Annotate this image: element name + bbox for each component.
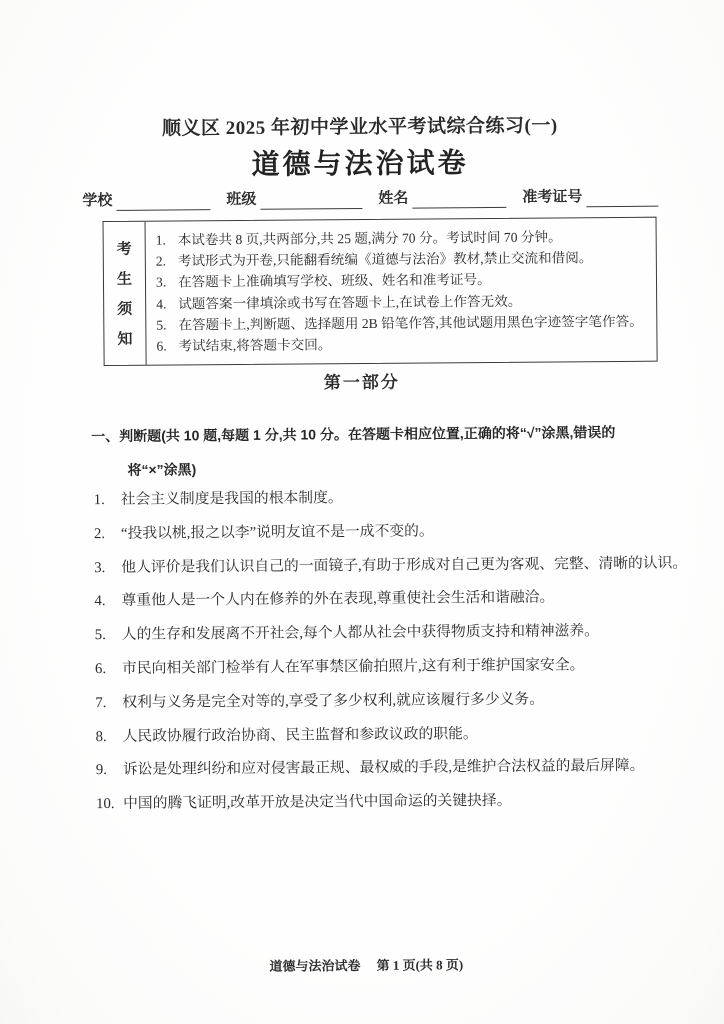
question-text: 人民政协履行政治协商、民主监督和参政议政的职能。 [122, 724, 477, 748]
candidate-notice-list: 1. 本试卷共 8 页,共两部分,共 25 题,满分 70 分。考试时间 70 … [146, 218, 657, 365]
question-number: 8. [95, 726, 122, 747]
notice-item-number: 4. [156, 293, 178, 314]
notice-item-text: 考试结束,将答题卡交回。 [178, 334, 331, 356]
true-false-section-heading: 一、判断题(共 10 题,每题 1 分,共 10 分。在答题卡相应位置,正确的将… [91, 421, 691, 481]
page-content: 顺义区 2025 年初中学业水平考试综合练习(一) 道德与法治试卷 学校 班级 … [0, 0, 724, 1024]
question-text: 诉讼是处理纠纷和应对侵害最正规、最权威的手段,是维护合法权益的最后屏障。 [123, 756, 645, 781]
class-field: 班级 [226, 187, 362, 210]
question-item-2: 2. “投我以桃,报之以李”说明友谊不是一成不变的。 [94, 519, 714, 545]
question-item-4: 4. 尊重他人是一个人内在修养的外在表现,尊重使社会生活和谐融洽。 [94, 587, 714, 613]
notice-item-number: 6. [156, 335, 178, 356]
question-item-7: 7. 权利与义务是完全对等的,享受了多少权利,就应该履行多少义务。 [95, 688, 715, 714]
exam-paper-title: 道德与法治试卷 [0, 139, 722, 185]
true-false-question-list: 1. 社会主义制度是我国的根本制度。 2. “投我以桃,报之以李”说明友谊不是一… [94, 485, 717, 828]
school-field: 学校 [82, 188, 210, 211]
notice-item-number: 3. [156, 272, 178, 293]
question-text: 市民向相关部门检举有人在军事禁区偷拍照片,这有利于维护国家安全。 [122, 655, 585, 680]
question-number: 9. [96, 760, 123, 781]
question-text: 他人评价是我们认识自己的一面镜子,有助于形成对自己更为客观、完整、清晰的认识。 [121, 553, 687, 578]
admission-number-label: 准考证号 [522, 185, 582, 207]
footer-page-info: 第 1 页(共 8 页) [376, 957, 463, 973]
section-heading-line1: 一、判断题(共 10 题,每题 1 分,共 10 分。在答题卡相应位置,正确的将… [91, 421, 691, 447]
school-blank-line [116, 193, 210, 211]
school-label: 学校 [82, 189, 112, 211]
name-label: 姓名 [378, 187, 408, 209]
question-number: 3. [94, 557, 121, 578]
question-item-1: 1. 社会主义制度是我国的根本制度。 [94, 485, 714, 511]
notice-char: 考 [117, 238, 132, 259]
scanned-exam-page: 顺义区 2025 年初中学业水平考试综合练习(一) 道德与法治试卷 学校 班级 … [0, 0, 724, 1024]
question-text: 社会主义制度是我国的根本制度。 [121, 488, 343, 511]
notice-item-number: 5. [156, 314, 178, 335]
candidate-notice-side-label: 考 生 须 知 [104, 222, 147, 366]
question-item-6: 6. 市民向相关部门检举有人在军事禁区偷拍照片,这有利于维护国家安全。 [95, 654, 715, 680]
notice-item-text: 本试卷共 8 页,共两部分,共 25 题,满分 70 分。考试时间 70 分钟。 [178, 226, 562, 250]
exam-session-title: 顺义区 2025 年初中学业水平考试综合练习(一) [0, 109, 722, 142]
notice-char: 生 [117, 268, 132, 289]
question-item-5: 5. 人的生存和发展离不开社会,每个人都从社会中获得物质支持和精神滋养。 [95, 620, 715, 646]
question-number: 1. [94, 490, 121, 511]
question-text: 人的生存和发展离不开社会,每个人都从社会中获得物质支持和精神滋养。 [122, 621, 599, 646]
question-number: 2. [94, 524, 121, 545]
section-heading-line2: 将“×”涂黑) [127, 455, 691, 480]
question-text: 尊重他人是一个人内在修养的外在表现,尊重使社会生活和谐融洽。 [121, 588, 554, 612]
question-item-10: 10. 中国的腾飞证明,改革开放是决定当代中国命运的关键抉择。 [96, 789, 716, 815]
page-footer: 道德与法治试卷第 1 页(共 8 页) [4, 952, 724, 977]
name-field: 姓名 [378, 186, 506, 209]
student-info-row: 学校 班级 姓名 准考证号 [82, 185, 658, 212]
question-item-9: 9. 诉讼是处理纠纷和应对侵害最正规、最权威的手段,是维护合法权益的最后屏障。 [96, 756, 716, 782]
notice-item: 5. 在答题卡上,判断题、选择题用 2B 铅笔作答,其他试题用黑色字迹签字笔作答… [156, 311, 650, 336]
question-text: 中国的腾飞证明,改革开放是决定当代中国命运的关键抉择。 [123, 791, 512, 815]
part-one-title: 第一部分 [0, 365, 724, 396]
admission-number-field: 准考证号 [522, 185, 658, 208]
question-text: “投我以桃,报之以李”说明友谊不是一成不变的。 [121, 521, 434, 544]
notice-item-number: 2. [156, 251, 178, 272]
notice-item: 6. 考试结束,将答题卡交回。 [156, 332, 650, 357]
question-number: 5. [95, 625, 122, 646]
name-blank-line [412, 191, 506, 209]
notice-item: 2. 考试形式为开卷,只能翻看统编《道德与法治》教材,禁止交流和借阅。 [156, 247, 650, 272]
class-label: 班级 [226, 188, 256, 210]
notice-char: 知 [117, 328, 132, 349]
notice-item-number: 1. [156, 229, 178, 250]
question-number: 6. [95, 659, 122, 680]
question-text: 权利与义务是完全对等的,享受了多少权利,就应该履行多少义务。 [122, 689, 544, 713]
notice-char: 须 [117, 298, 132, 319]
notice-item-text: 试题答案一律填涂或书写在答题卡上,在试卷上作答无效。 [178, 290, 521, 314]
candidate-notice-box: 考 生 须 知 1. 本试卷共 8 页,共两部分,共 25 题,满分 70 分。… [103, 217, 658, 367]
footer-doc-title: 道德与法治试卷 [269, 958, 360, 974]
notice-item-text: 考试形式为开卷,只能翻看统编《道德与法治》教材,禁止交流和借阅。 [178, 247, 593, 271]
class-blank-line [260, 192, 362, 210]
question-number: 4. [94, 591, 121, 612]
notice-item-text: 在答题卡上准确填写学校、班级、姓名和准考证号。 [178, 269, 491, 293]
notice-item-text: 在答题卡上,判断题、选择题用 2B 铅笔作答,其他试题用黑色字迹签字笔作答。 [178, 311, 643, 336]
question-number: 7. [95, 693, 122, 714]
admission-number-blank-line [586, 190, 658, 208]
question-number: 10. [96, 794, 123, 815]
question-item-3: 3. 他人评价是我们认识自己的一面镜子,有助于形成对自己更为客观、完整、清晰的认… [94, 553, 714, 579]
question-item-8: 8. 人民政协履行政治协商、民主监督和参政议政的职能。 [95, 722, 715, 748]
